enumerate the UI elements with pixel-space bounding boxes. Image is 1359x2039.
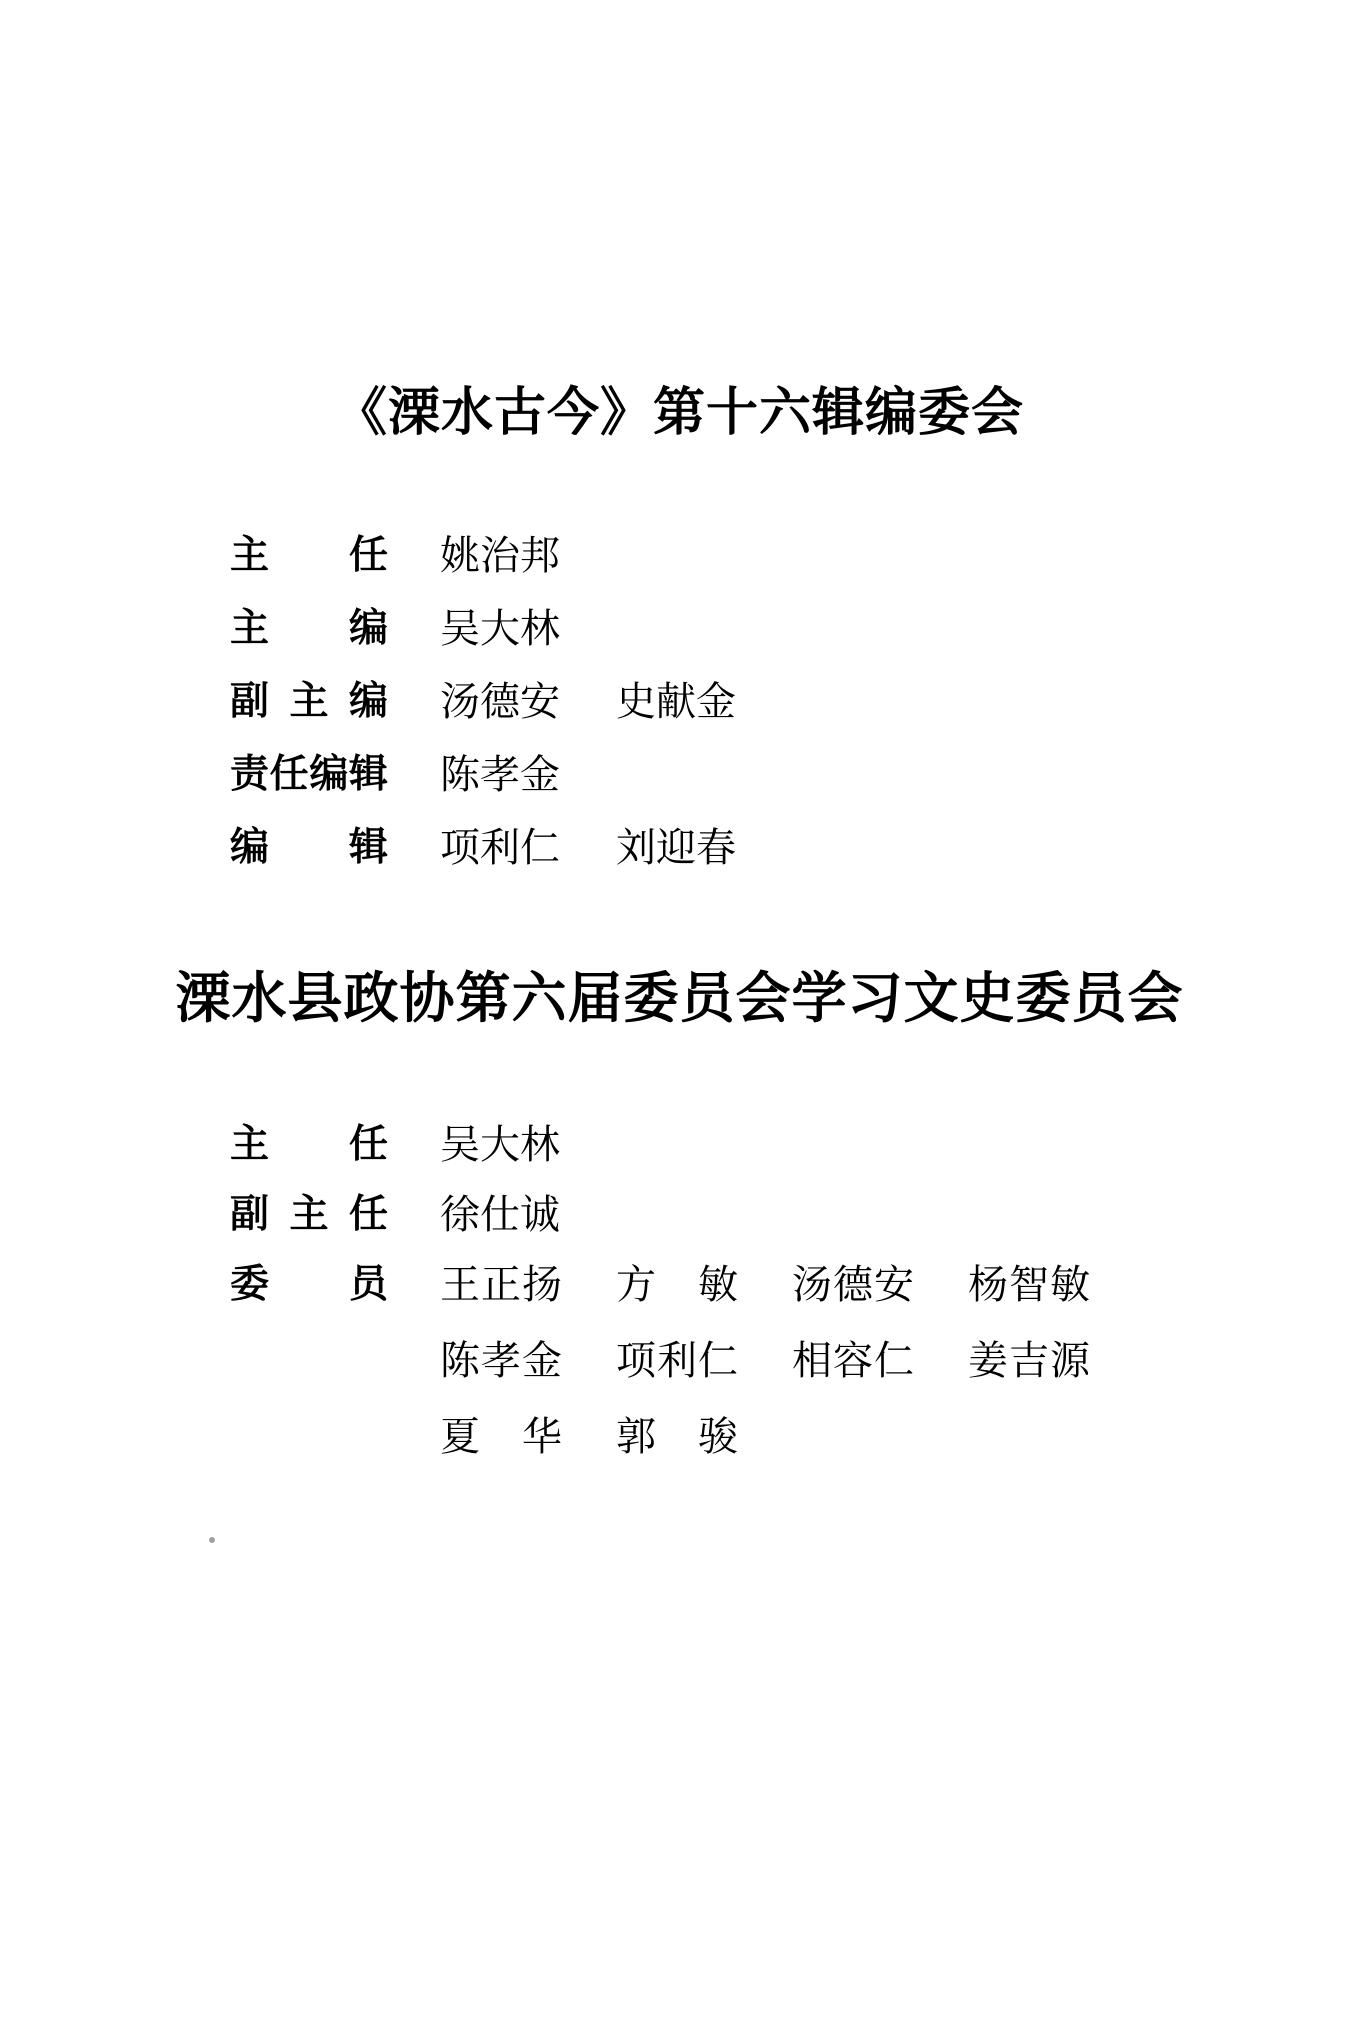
- roster-row-committee-members: 委员 王正扬 方敏 汤德安 杨智敏 陈孝金 项利仁 相容仁 姜吉源 夏华 郭骏: [0, 1265, 1359, 1457]
- person-name: 姚治邦: [440, 536, 560, 576]
- role-label: 责任编辑: [230, 755, 388, 794]
- person-name: 史献金: [616, 682, 736, 722]
- person-name: 吴大林: [440, 609, 560, 649]
- role-label: 主任: [230, 1125, 388, 1164]
- roster-row-chief-editor: 主编 吴大林: [0, 609, 1359, 649]
- role-label: 主任: [230, 536, 388, 575]
- role-label: 副主编: [230, 682, 388, 721]
- role-label: 委员: [230, 1265, 388, 1304]
- person-name: 项利仁: [616, 1341, 738, 1381]
- section2-roster: 主任 吴大林 副主任 徐仕诚 委员 王正扬 方敏 汤德安 杨智敏 陈孝金: [0, 1125, 1359, 1457]
- section1-roster: 主任 姚治邦 主编 吴大林 副主编 汤德安 史献金 责任编辑 陈孝金 编: [0, 536, 1359, 868]
- committee-names-line: 夏华 郭骏: [440, 1417, 1134, 1457]
- scan-speck: [209, 1537, 215, 1543]
- person-name: 徐仕诚: [440, 1195, 560, 1235]
- person-name: 方敏: [616, 1265, 738, 1305]
- person-name: 夏华: [440, 1417, 562, 1457]
- scanned-book-page: 《溧水古今》第十六辑编委会 主任 姚治邦 主编 吴大林 副主编 汤德安 史献金 …: [0, 0, 1359, 2039]
- roster-row-deputy-editors: 副主编 汤德安 史献金: [0, 682, 1359, 722]
- section1-title: 《溧水古今》第十六辑编委会: [0, 0, 1359, 442]
- committee-names-line: 王正扬 方敏 汤德安 杨智敏: [440, 1265, 1134, 1305]
- names-group: 陈孝金: [440, 755, 606, 795]
- names-group: 项利仁 刘迎春: [440, 828, 782, 868]
- names-group: 吴大林: [440, 1125, 606, 1165]
- names-group: 吴大林: [440, 609, 606, 649]
- roster-row-director: 主任 姚治邦: [0, 536, 1359, 576]
- role-label: 副主任: [230, 1195, 388, 1234]
- roster-row-editors: 编辑 项利仁 刘迎春: [0, 828, 1359, 868]
- section2-title: 溧水县政协第六届委员会学习文史委员会: [0, 968, 1359, 1029]
- names-group: 姚治邦: [440, 536, 606, 576]
- role-label: 编辑: [230, 828, 388, 867]
- person-name: 杨智敏: [968, 1265, 1090, 1305]
- person-name: 郭骏: [616, 1417, 738, 1457]
- person-name: 刘迎春: [616, 828, 736, 868]
- committee-names-block: 王正扬 方敏 汤德安 杨智敏 陈孝金 项利仁 相容仁 姜吉源 夏华 郭骏: [440, 1265, 1134, 1457]
- role-label: 主编: [230, 609, 388, 648]
- roster-row-director: 主任 吴大林: [0, 1125, 1359, 1165]
- person-name: 吴大林: [440, 1125, 560, 1165]
- person-name: 项利仁: [440, 828, 560, 868]
- committee-names-line: 陈孝金 项利仁 相容仁 姜吉源: [440, 1341, 1134, 1381]
- roster-row-managing-editor: 责任编辑 陈孝金: [0, 755, 1359, 795]
- person-name: 相容仁: [792, 1341, 914, 1381]
- names-group: 汤德安 史献金: [440, 682, 782, 722]
- person-name: 汤德安: [792, 1265, 914, 1305]
- roster-row-deputy-director: 副主任 徐仕诚: [0, 1195, 1359, 1235]
- person-name: 陈孝金: [440, 755, 560, 795]
- person-name: 王正扬: [440, 1265, 562, 1305]
- names-group: 徐仕诚: [440, 1195, 606, 1235]
- person-name: 汤德安: [440, 682, 560, 722]
- person-name: 陈孝金: [440, 1341, 562, 1381]
- person-name: 姜吉源: [968, 1341, 1090, 1381]
